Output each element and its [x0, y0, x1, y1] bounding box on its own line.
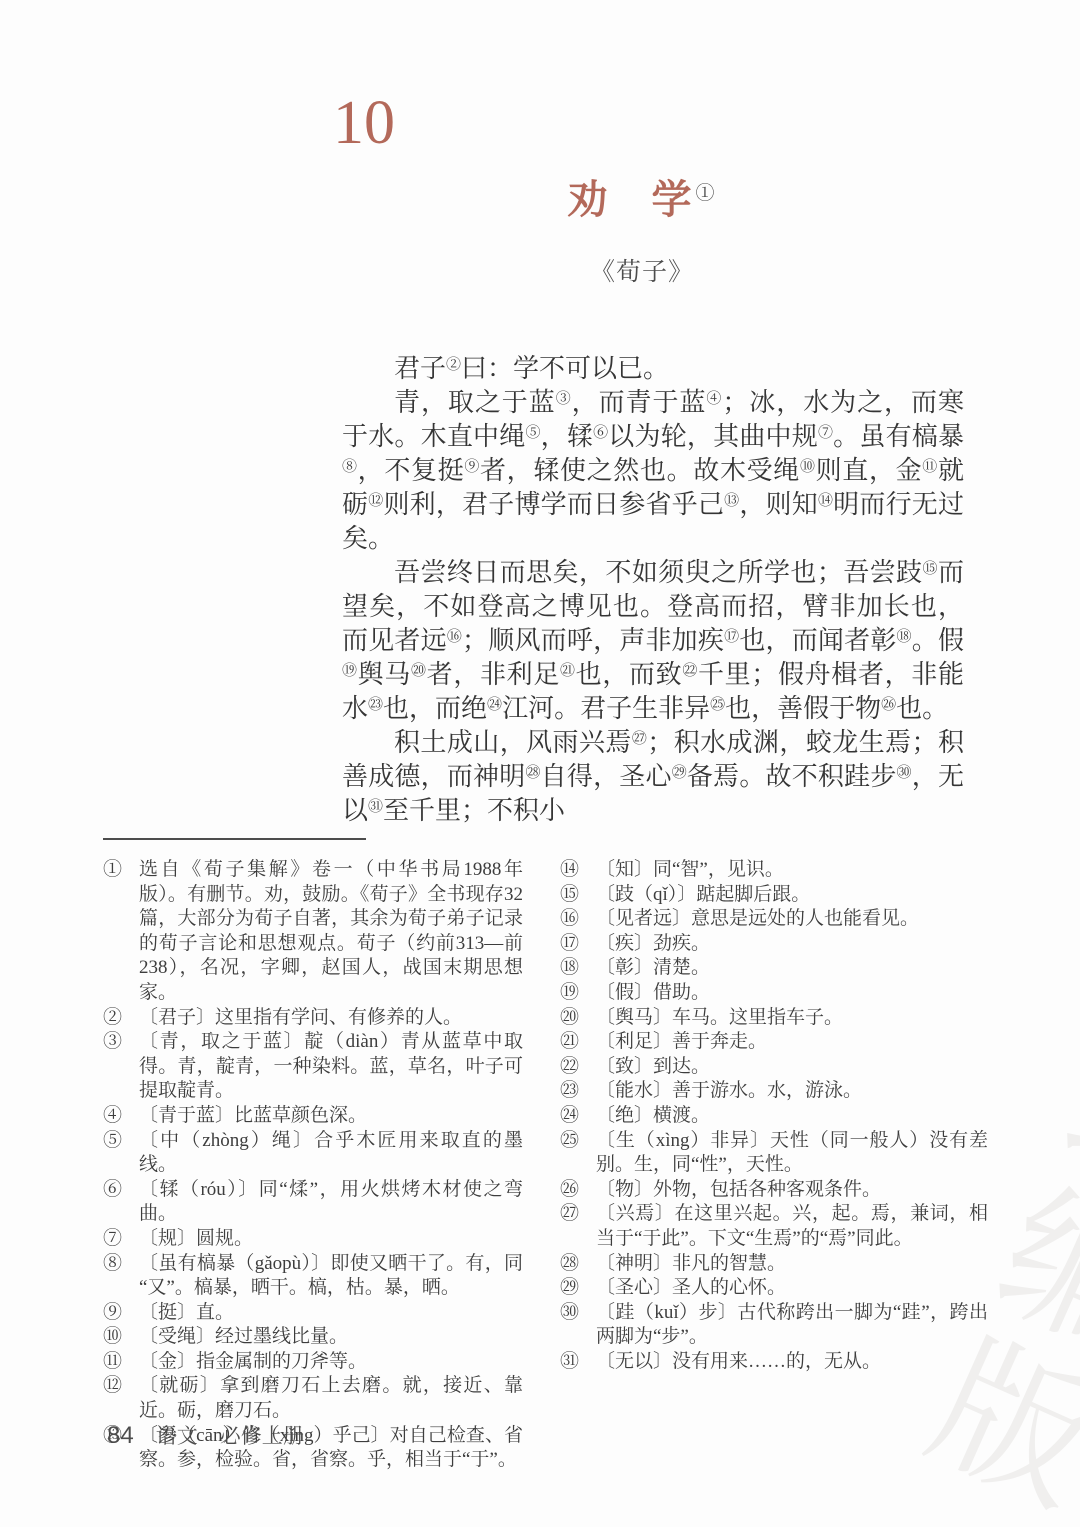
- footnote-number: ㉓: [560, 1079, 588, 1104]
- footnote-text: 〔中（zhòng）绳〕合乎木匠用来取直的墨线。: [139, 1129, 523, 1178]
- footnote-number: ㉘: [560, 1252, 588, 1277]
- footnote-item: ③〔青，取之于蓝〕靛（diàn）青从蓝草中取得。青，靛青，一种染料。蓝，草名，叶…: [103, 1030, 523, 1104]
- paragraph-3: 吾尝终日而思矣，不如须臾之所学也；吾尝跂⑮而望矣，不如登高之博见也。登高而招，臂…: [342, 556, 964, 726]
- footnote-item: ㉕〔生（xìng）非异〕天性（同一般人）没有差别。生，同“性”，天性。: [560, 1129, 988, 1178]
- footnote-text: 〔虽有槁暴（gǎopù）〕即使又晒干了。有，同“又”。槁暴，晒干。槁，枯。暴，晒…: [139, 1252, 523, 1301]
- footnote-item: ⑦〔规〕圆规。: [103, 1227, 523, 1252]
- footer-volume: 必修上册: [220, 1420, 304, 1450]
- footnote-text: 〔见者远〕意思是远处的人也能看见。: [596, 907, 988, 932]
- footnote-number: ⑰: [560, 932, 588, 957]
- footnote-number: ㉙: [560, 1276, 588, 1301]
- footnote-item: ㉖〔物〕外物，包括各种客观条件。: [560, 1178, 988, 1203]
- footnote-item: ㉚〔跬（kuǐ）步〕古代称跨出一脚为“跬”，跨出两脚为“步”。: [560, 1301, 988, 1350]
- footnote-number: ⑧: [103, 1252, 131, 1301]
- footnote-text: 选自《荀子集解》卷一（中华书局1988年版）。有删节。劝，鼓励。《荀子》全书现存…: [139, 858, 523, 1006]
- footnote-item: ⑨〔挺〕直。: [103, 1301, 523, 1326]
- footnote-text: 〔跬（kuǐ）步〕古代称跨出一脚为“跬”，跨出两脚为“步”。: [596, 1301, 988, 1350]
- footnotes-left-column: ①选自《荀子集解》卷一（中华书局1988年版）。有删节。劝，鼓励。《荀子》全书现…: [103, 858, 523, 1473]
- footnote-number: ⑳: [560, 1006, 588, 1031]
- footnote-item: ⑥〔𫐓（róu）〕同“煣”，用火烘烤木材使之弯曲。: [103, 1178, 523, 1227]
- footnote-item: ⑧〔虽有槁暴（gǎopù）〕即使又晒干了。有，同“又”。槁暴，晒干。槁，枯。暴，…: [103, 1252, 523, 1301]
- footnote-number: ⑱: [560, 956, 588, 981]
- footnote-text: 〔舆马〕车马。这里指车子。: [596, 1006, 988, 1031]
- footnote-number: ⑪: [103, 1350, 131, 1375]
- footnote-number: ㉛: [560, 1350, 588, 1375]
- footnotes-right-column: ⑭〔知〕同“智”，见识。 ⑮〔跂（qǐ）〕踮起脚后跟。 ⑯〔见者远〕意思是远处的…: [560, 858, 988, 1473]
- footnote-item: ⑰〔疾〕劲疾。: [560, 932, 988, 957]
- footnote-item: ㉗〔兴焉〕在这里兴起。兴，起。焉，兼词，相当于“于此”。下文“生焉”的“焉”同此…: [560, 1202, 988, 1251]
- footnote-text: 〔神明〕非凡的智慧。: [596, 1252, 988, 1277]
- footnote-item: ②〔君子〕这里指有学问、有修养的人。: [103, 1006, 523, 1031]
- footnote-text: 〔知〕同“智”，见识。: [596, 858, 988, 883]
- footnote-text: 〔致〕到达。: [596, 1055, 988, 1080]
- footnote-number: ④: [103, 1104, 131, 1129]
- footnote-item: ⑲〔假〕借助。: [560, 981, 988, 1006]
- footnote-divider: [103, 838, 366, 840]
- footnote-number: ①: [103, 858, 131, 1006]
- footnote-item: ⑯〔见者远〕意思是远处的人也能看见。: [560, 907, 988, 932]
- footnote-item: ④〔青于蓝〕比蓝草颜色深。: [103, 1104, 523, 1129]
- footnote-text: 〔受绳〕经过墨线比量。: [139, 1325, 523, 1350]
- footnote-item: ㉒〔致〕到达。: [560, 1055, 988, 1080]
- footnote-item: ㉙〔圣心〕圣人的心怀。: [560, 1276, 988, 1301]
- footnote-number: ㉖: [560, 1178, 588, 1203]
- footnote-text: 〔假〕借助。: [596, 981, 988, 1006]
- footnote-item: ㉘〔神明〕非凡的智慧。: [560, 1252, 988, 1277]
- footnote-item: ⑱〔彰〕清楚。: [560, 956, 988, 981]
- footnote-number: ⑩: [103, 1325, 131, 1350]
- footnote-number: ⑦: [103, 1227, 131, 1252]
- footnote-text: 〔绝〕横渡。: [596, 1104, 988, 1129]
- paragraph-2: 青，取之于蓝③，而青于蓝④；冰，水为之，而寒于水。木直中绳⑤，𫐓⑥以为轮，其曲中…: [342, 386, 964, 556]
- textbook-page: 统编版 10 劝 学① 《荀子》 君子②曰：学不可以已。 青，取之于蓝③，而青于…: [0, 0, 1080, 1527]
- footnote-text: 〔物〕外物，包括各种客观条件。: [596, 1178, 988, 1203]
- footnote-text: 〔挺〕直。: [139, 1301, 523, 1326]
- footnote-item: ⑮〔跂（qǐ）〕踮起脚后跟。: [560, 883, 988, 908]
- page-number: 84: [107, 1422, 134, 1450]
- footnote-number: ⑫: [103, 1374, 131, 1423]
- footnote-text: 〔圣心〕圣人的心怀。: [596, 1276, 988, 1301]
- source-attribution: 《荀子》: [342, 252, 942, 288]
- footnote-text: 〔青，取之于蓝〕靛（diàn）青从蓝草中取得。青，靛青，一种染料。蓝，草名，叶子…: [139, 1030, 523, 1104]
- footnote-item: ㉑〔利足〕善于奔走。: [560, 1030, 988, 1055]
- footnote-text: 〔彰〕清楚。: [596, 956, 988, 981]
- footnote-item: ㉔〔绝〕横渡。: [560, 1104, 988, 1129]
- footnote-text: 〔规〕圆规。: [139, 1227, 523, 1252]
- title-footnote-ref: ①: [695, 183, 716, 204]
- footnotes: ①选自《荀子集解》卷一（中华书局1988年版）。有删节。劝，鼓励。《荀子》全书现…: [103, 858, 988, 1473]
- footnote-item: ⑳〔舆马〕车马。这里指车子。: [560, 1006, 988, 1031]
- footnote-text: 〔利足〕善于奔走。: [596, 1030, 988, 1055]
- footnote-number: ㉒: [560, 1055, 588, 1080]
- lesson-number: 10: [333, 92, 395, 154]
- paragraph-4: 积土成山，风雨兴焉㉗；积水成渊，蛟龙生焉；积善成德，而神明㉘自得，圣心㉙备焉。故…: [342, 726, 964, 828]
- footnote-text: 〔无以〕没有用来……的，无从。: [596, 1350, 988, 1375]
- footnote-text: 〔君子〕这里指有学问、有修养的人。: [139, 1006, 523, 1031]
- footer-subject: 语文: [156, 1420, 198, 1450]
- footnote-number: ②: [103, 1006, 131, 1031]
- footnote-number: ⑮: [560, 883, 588, 908]
- lesson-title-text: 劝 学: [567, 177, 693, 222]
- footnote-number: ⑥: [103, 1178, 131, 1227]
- footnote-item: ⑭〔知〕同“智”，见识。: [560, 858, 988, 883]
- footnote-number: ⑨: [103, 1301, 131, 1326]
- footnote-item: ①选自《荀子集解》卷一（中华书局1988年版）。有删节。劝，鼓励。《荀子》全书现…: [103, 858, 523, 1006]
- main-text: 君子②曰：学不可以已。 青，取之于蓝③，而青于蓝④；冰，水为之，而寒于水。木直中…: [342, 352, 964, 828]
- footnote-number: ③: [103, 1030, 131, 1104]
- footnote-item: ㉓〔能水〕善于游水。水，游泳。: [560, 1079, 988, 1104]
- footnote-number: ㉕: [560, 1129, 588, 1178]
- footnote-text: 〔就砺〕拿到磨刀石上去磨。就，接近、靠近。砺，磨刀石。: [139, 1374, 523, 1423]
- footnote-number: ㉔: [560, 1104, 588, 1129]
- footnote-item: ⑩〔受绳〕经过墨线比量。: [103, 1325, 523, 1350]
- footnote-text: 〔金〕指金属制的刀斧等。: [139, 1350, 523, 1375]
- page-footer: 84 语文 必修上册: [107, 1420, 304, 1450]
- footnote-text: 〔生（xìng）非异〕天性（同一般人）没有差别。生，同“性”，天性。: [596, 1129, 988, 1178]
- footnote-item: ⑪〔金〕指金属制的刀斧等。: [103, 1350, 523, 1375]
- footnote-text: 〔跂（qǐ）〕踮起脚后跟。: [596, 883, 988, 908]
- paragraph-1: 君子②曰：学不可以已。: [342, 352, 964, 386]
- footnote-number: ⑲: [560, 981, 588, 1006]
- lesson-title: 劝 学①: [342, 176, 942, 224]
- footnote-item: ⑫〔就砺〕拿到磨刀石上去磨。就，接近、靠近。砺，磨刀石。: [103, 1374, 523, 1423]
- footnote-item: ㉛〔无以〕没有用来……的，无从。: [560, 1350, 988, 1375]
- footnote-item: ⑤〔中（zhòng）绳〕合乎木匠用来取直的墨线。: [103, 1129, 523, 1178]
- footnote-number: ㉗: [560, 1202, 588, 1251]
- footnote-number: ㉚: [560, 1301, 588, 1350]
- footnote-number: ㉑: [560, 1030, 588, 1055]
- footnote-text: 〔疾〕劲疾。: [596, 932, 988, 957]
- footnote-text: 〔能水〕善于游水。水，游泳。: [596, 1079, 988, 1104]
- footnote-text: 〔兴焉〕在这里兴起。兴，起。焉，兼词，相当于“于此”。下文“生焉”的“焉”同此。: [596, 1202, 988, 1251]
- footnote-number: ⑭: [560, 858, 588, 883]
- footnote-text: 〔青于蓝〕比蓝草颜色深。: [139, 1104, 523, 1129]
- footnote-text: 〔𫐓（róu）〕同“煣”，用火烘烤木材使之弯曲。: [139, 1178, 523, 1227]
- footnote-number: ⑤: [103, 1129, 131, 1178]
- footnote-number: ⑯: [560, 907, 588, 932]
